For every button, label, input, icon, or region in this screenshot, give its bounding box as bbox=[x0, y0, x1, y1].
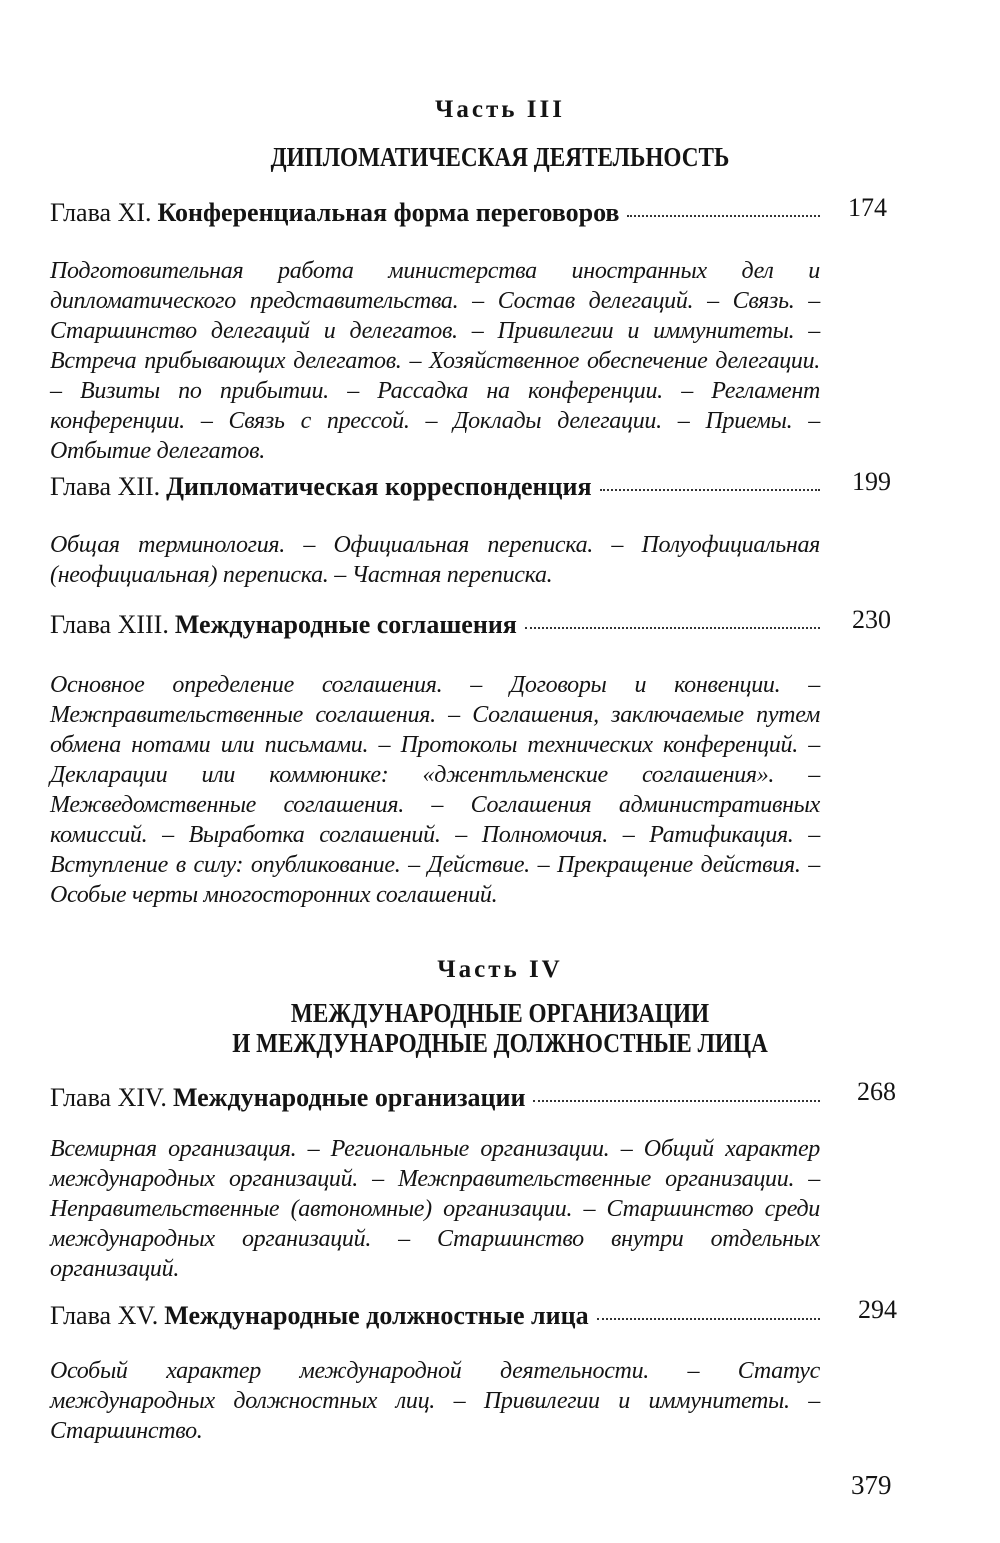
toc-entry-chapter-xii[interactable]: Глава XII. Дипломатическая корреспонденц… bbox=[50, 472, 820, 506]
part-label: Часть III bbox=[0, 96, 1000, 124]
chapter-page-number: 230 bbox=[852, 605, 932, 635]
chapter-number: Глава XI. bbox=[50, 198, 152, 228]
dot-leader bbox=[597, 1317, 820, 1320]
chapter-page-number: 174 bbox=[848, 193, 928, 223]
chapter-description: Основное определение соглашения. – Догов… bbox=[50, 670, 820, 910]
toc-page: Часть III ДИПЛОМАТИЧЕСКАЯ ДЕЯТЕЛЬНОСТЬ Г… bbox=[0, 0, 1000, 1543]
part-label: Часть IV bbox=[0, 956, 1000, 984]
toc-entry-chapter-xv[interactable]: Глава XV. Международные должностные лица bbox=[50, 1301, 820, 1335]
chapter-title: Международные должностные лица bbox=[164, 1301, 588, 1331]
chapter-number: Глава XII. bbox=[50, 472, 160, 502]
chapter-number: Глава XIII. bbox=[50, 610, 169, 640]
chapter-number: Глава XV. bbox=[50, 1301, 158, 1331]
chapter-description: Всемирная организация. – Региональные ор… bbox=[50, 1134, 820, 1284]
chapter-title: Дипломатическая корреспонденция bbox=[166, 472, 591, 502]
toc-entry-chapter-xiv[interactable]: Глава XIV. Международные организации bbox=[50, 1083, 820, 1117]
dot-leader bbox=[627, 214, 820, 217]
toc-entry-chapter-xiii[interactable]: Глава XIII. Международные соглашения bbox=[50, 610, 820, 644]
part-title-line-1: МЕЖДУНАРОДНЫЕ ОРГАНИЗАЦИИ bbox=[70, 996, 930, 1030]
chapter-description: Подготовительная работа министерства ино… bbox=[50, 256, 820, 466]
dot-leader bbox=[533, 1099, 820, 1102]
toc-entry-chapter-xi[interactable]: Глава XI. Конференциальная форма перегов… bbox=[50, 198, 820, 232]
page-number: 379 bbox=[851, 1470, 892, 1501]
chapter-page-number: 294 bbox=[858, 1295, 938, 1325]
chapter-page-number: 199 bbox=[852, 467, 932, 497]
chapter-title: Международные соглашения bbox=[175, 610, 517, 640]
chapter-title: Конференциальная форма переговоров bbox=[158, 198, 620, 228]
dot-leader bbox=[600, 488, 820, 491]
dot-leader bbox=[525, 626, 820, 629]
chapter-title: Международные организации bbox=[173, 1083, 526, 1113]
part-title-line-2: И МЕЖДУНАРОДНЫЕ ДОЛЖНОСТНЫЕ ЛИЦА bbox=[70, 1026, 930, 1060]
chapter-number: Глава XIV. bbox=[50, 1083, 167, 1113]
chapter-page-number: 268 bbox=[857, 1077, 937, 1107]
chapter-description: Общая терминология. – Официальная перепи… bbox=[50, 530, 820, 590]
part-title: ДИПЛОМАТИЧЕСКАЯ ДЕЯТЕЛЬНОСТЬ bbox=[70, 140, 930, 174]
chapter-description: Особый характер международной деятельнос… bbox=[50, 1356, 820, 1446]
